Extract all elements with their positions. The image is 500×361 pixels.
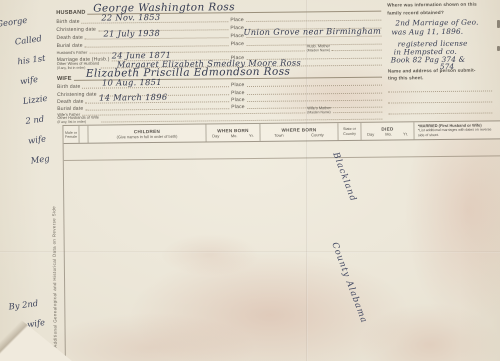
other-husbands-label-2: (if any, list in order) <box>57 119 99 124</box>
number-column-header <box>79 126 88 143</box>
scanned-family-record-page: George Called his 1st wife Lizzie 2 nd w… <box>0 0 500 361</box>
husband-death-place-value: Union Grove near Birmingham <box>243 26 381 37</box>
day-label: Day <box>212 133 219 138</box>
state-column-header: State or Country <box>339 127 360 136</box>
children-column-subheader: (Give names in full in order of birth) <box>117 133 178 139</box>
margin-note-line: Called <box>14 33 42 46</box>
margin-note-line: wife <box>27 133 46 145</box>
children-table: Male or Female CHILDREN (Give names in f… <box>62 120 500 361</box>
blank-dotted-line <box>388 100 492 103</box>
margin-note-line: George <box>0 15 28 29</box>
margin-note-line: his 1st <box>17 53 46 67</box>
diagonal-place-note-1: Blackland <box>330 151 358 203</box>
other-husbands-label-block: Other Husbands of Wife (if any, list in … <box>57 115 99 124</box>
town-label: Town <box>274 132 283 137</box>
info-submitter-line-1: Name and address of person submit- <box>388 68 476 74</box>
sidebar-vertical-label: Place Additional Genealogical and Histor… <box>51 144 62 361</box>
diagonal-place-note-2: County Alabama <box>329 241 369 325</box>
info-question-line-2: family record obtained? <box>387 10 444 16</box>
source-info-box: Where was information shown on this fami… <box>387 1 497 118</box>
yr-label: Yr. <box>249 132 254 137</box>
wife-birth-value: 10 Aug. 1851 <box>102 77 162 88</box>
margin-note-line: Lizzie <box>22 93 48 106</box>
info-question-line-1: Where was information shown on this <box>387 2 477 8</box>
husband-death-value: 21 July 1938 <box>103 28 160 39</box>
day-label: Day <box>367 131 374 136</box>
county-label: County <box>311 132 324 137</box>
children-table-rows <box>64 139 500 160</box>
family-group-record-form: George Called his 1st wife Lizzie 2 nd w… <box>0 0 500 361</box>
margin-note-line: By 2nd <box>8 298 39 312</box>
wife-death-value: 14 March 1896 <box>99 92 167 103</box>
married-column-subheader: *List additional marriages with dates on… <box>418 127 497 138</box>
mo-label: Mo. <box>385 131 392 136</box>
info-answer-line: 2nd Marriage of Geo. <box>395 18 478 28</box>
husband-birth-value: 22 Nov. 1853 <box>101 12 160 23</box>
child-row-empty <box>64 139 500 160</box>
info-submitter-line-2: ting this sheet. <box>388 75 424 80</box>
margin-note-line: wife <box>19 74 38 86</box>
mo-label: Mo. <box>231 133 238 138</box>
sex-column-header: Male or Female <box>64 130 78 138</box>
yr-label: Yr. <box>403 131 408 136</box>
info-answer-line: was Aug 11, 1896. <box>391 27 463 37</box>
blank-dotted-line <box>388 111 492 114</box>
blank-dotted-line <box>388 89 492 92</box>
margin-note-line: 2 nd <box>25 113 45 125</box>
margin-note-line: Meg <box>30 153 50 165</box>
